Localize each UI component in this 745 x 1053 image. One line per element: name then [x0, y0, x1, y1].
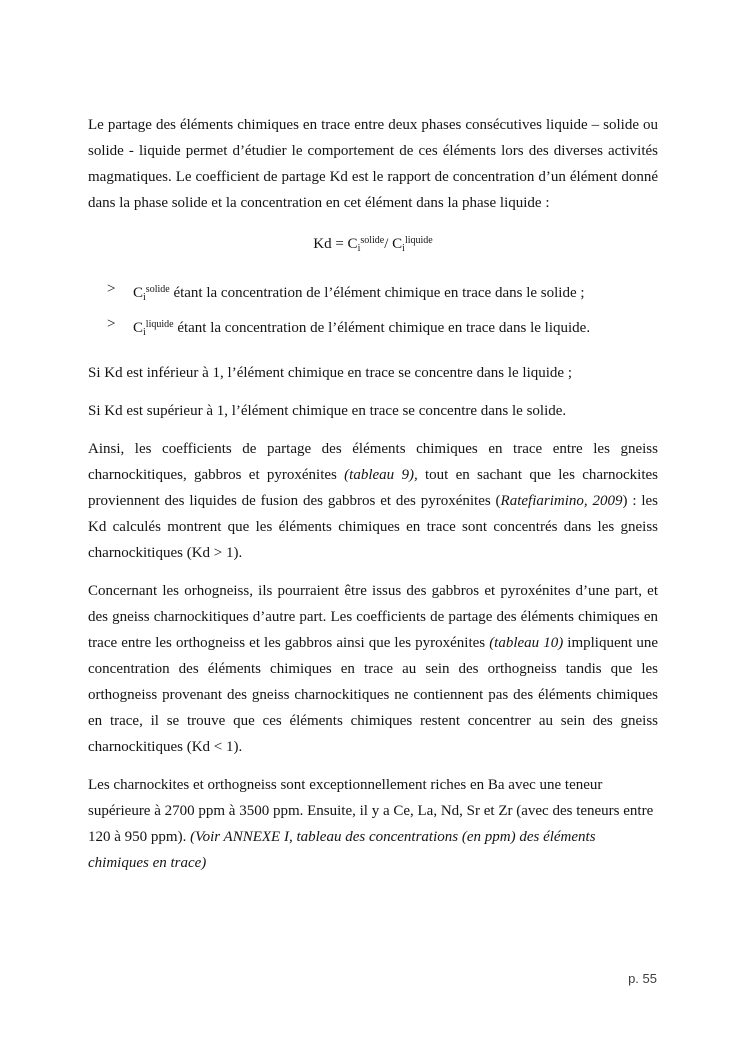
- paragraph-concernant: Concernant les orhogneiss, ils pourraien…: [88, 578, 658, 760]
- paragraph-intro: Le partage des éléments chimiques en tra…: [88, 112, 658, 216]
- formula-superscript-solide: solide: [360, 235, 384, 246]
- paragraph-text: impliquent une concentration des élément…: [88, 635, 658, 755]
- bullet-marker: >: [107, 276, 115, 303]
- tableau-10-reference: (tableau 10): [489, 635, 563, 651]
- page-content: Le partage des éléments chimiques en tra…: [88, 112, 658, 888]
- kd-formula: Kd = Cisolide/ Ciliquide: [88, 228, 658, 262]
- definition-list: >Cisolide étant la concentration de l’él…: [88, 276, 658, 346]
- page-number: p. 55: [628, 971, 657, 986]
- list-item-liquide: >Ciliquide étant la concentration de l’é…: [88, 311, 658, 346]
- citation-ratefiarimino: Ratefiarimino, 2009: [501, 493, 623, 509]
- list-item-text: C: [133, 285, 143, 301]
- list-item-superscript: liquide: [146, 319, 174, 330]
- paragraph-ainsi: Ainsi, les coefficients de partage des é…: [88, 436, 658, 566]
- bullet-marker: >: [107, 311, 115, 338]
- formula-superscript-liquide: liquide: [405, 235, 433, 246]
- list-item-text: C: [133, 320, 143, 336]
- document-page: Le partage des éléments chimiques en tra…: [0, 0, 745, 1053]
- paragraph-kd-inferior: Si Kd est inférieur à 1, l’élément chimi…: [88, 360, 658, 386]
- paragraph-charnockites: Les charnockites et orthogneiss sont exc…: [88, 772, 658, 876]
- paragraph-kd-superior: Si Kd est supérieur à 1, l’élément chimi…: [88, 398, 658, 424]
- formula-text: Kd = C: [313, 236, 357, 252]
- list-item-superscript: solide: [146, 284, 170, 295]
- list-item-solide: >Cisolide étant la concentration de l’él…: [88, 276, 658, 311]
- tableau-9-reference: (tableau 9),: [344, 467, 418, 483]
- formula-text: / C: [384, 236, 402, 252]
- list-item-text: étant la concentration de l’élément chim…: [174, 320, 591, 336]
- list-item-text: étant la concentration de l’élément chim…: [170, 285, 585, 301]
